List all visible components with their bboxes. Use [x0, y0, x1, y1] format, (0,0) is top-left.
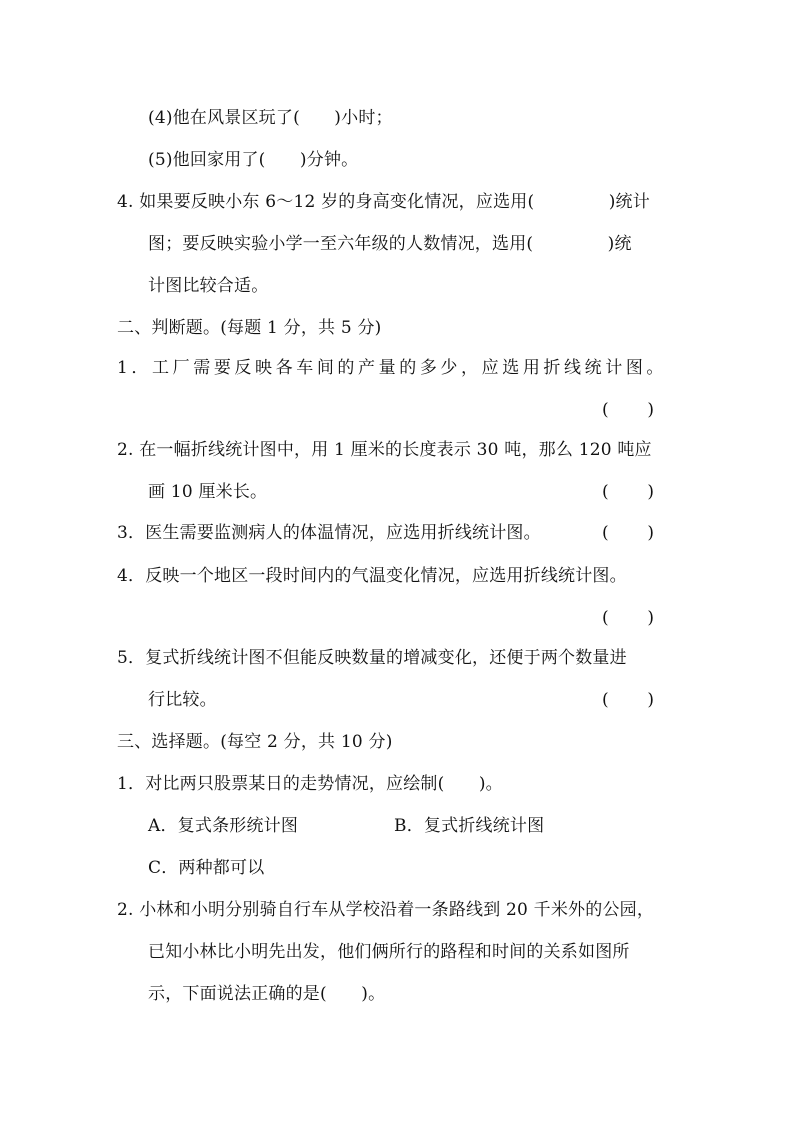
- paren-close: ): [647, 399, 654, 421]
- answer-blank-judge-3[interactable]: ( ): [602, 522, 654, 544]
- paren-close: ): [647, 689, 654, 711]
- judge-item-3: 3．医生需要监测病人的体温情况，应选用折线统计图。: [117, 522, 541, 544]
- choice-question-1: 1．对比两只股票某日的走势情况，应绘制( )。: [117, 773, 503, 795]
- choice-option-a[interactable]: A．复式条形统计图: [148, 815, 298, 837]
- paren-close: ): [647, 522, 654, 544]
- paren-open: (: [602, 399, 609, 421]
- paren-open: (: [602, 607, 609, 629]
- fill-item-4: (4)他在风景区玩了( )小时；: [148, 107, 393, 129]
- judge-item-5-line-2: 行比较。: [148, 689, 217, 711]
- question-4-line-3: 计图比较合适。: [148, 275, 268, 297]
- paren-open: (: [602, 522, 609, 544]
- judge-item-2-line-2: 画 10 厘米长。: [148, 481, 267, 503]
- answer-blank-judge-5[interactable]: ( ): [602, 689, 654, 711]
- choice-question-2-line-1: 2. 小林和小明分别骑自行车从学校沿着一条路线到 20 千米外的公园，: [117, 899, 654, 921]
- section-2-heading: 二、判断题。(每题 1 分，共 5 分): [117, 317, 382, 339]
- paren-open: (: [602, 689, 609, 711]
- answer-blank-judge-1[interactable]: ( ): [602, 399, 654, 421]
- answer-blank-judge-2[interactable]: ( ): [602, 481, 654, 503]
- choice-option-b[interactable]: B．复式折线统计图: [394, 815, 544, 837]
- paren-close: ): [647, 607, 654, 629]
- paren-open: (: [602, 481, 609, 503]
- judge-item-4: 4．反映一个地区一段时间内的气温变化情况，应选用折线统计图。: [117, 565, 627, 587]
- question-4-line-2: 图；要反映实验小学一至六年级的人数情况，选用( )统: [148, 233, 632, 255]
- answer-blank-judge-4[interactable]: ( ): [602, 607, 654, 629]
- fill-item-5: (5)他回家用了( )分钟。: [148, 149, 358, 171]
- judge-item-5-line-1: 5．复式折线统计图不但能反映数量的增减变化，还便于两个数量进: [117, 647, 627, 669]
- section-3-heading: 三、选择题。(每空 2 分，共 10 分): [117, 731, 393, 753]
- judge-item-2-line-1: 2. 在一幅折线统计图中，用 1 厘米的长度表示 30 吨，那么 120 吨应: [117, 439, 652, 461]
- judge-item-1: 1．工厂需要反映各车间的产量的多少，应选用折线统计图。: [117, 357, 667, 379]
- question-4-line-1: 4. 如果要反映小东 6～12 岁的身高变化情况，应选用( )统计: [117, 191, 650, 213]
- choice-question-2-line-2: 已知小林比小明先出发，他们俩所行的路程和时间的关系如图所: [148, 941, 630, 963]
- paren-close: ): [647, 481, 654, 503]
- choice-question-2-line-3: 示，下面说法正确的是( )。: [148, 983, 385, 1005]
- choice-option-c[interactable]: C．两种都可以: [148, 857, 264, 879]
